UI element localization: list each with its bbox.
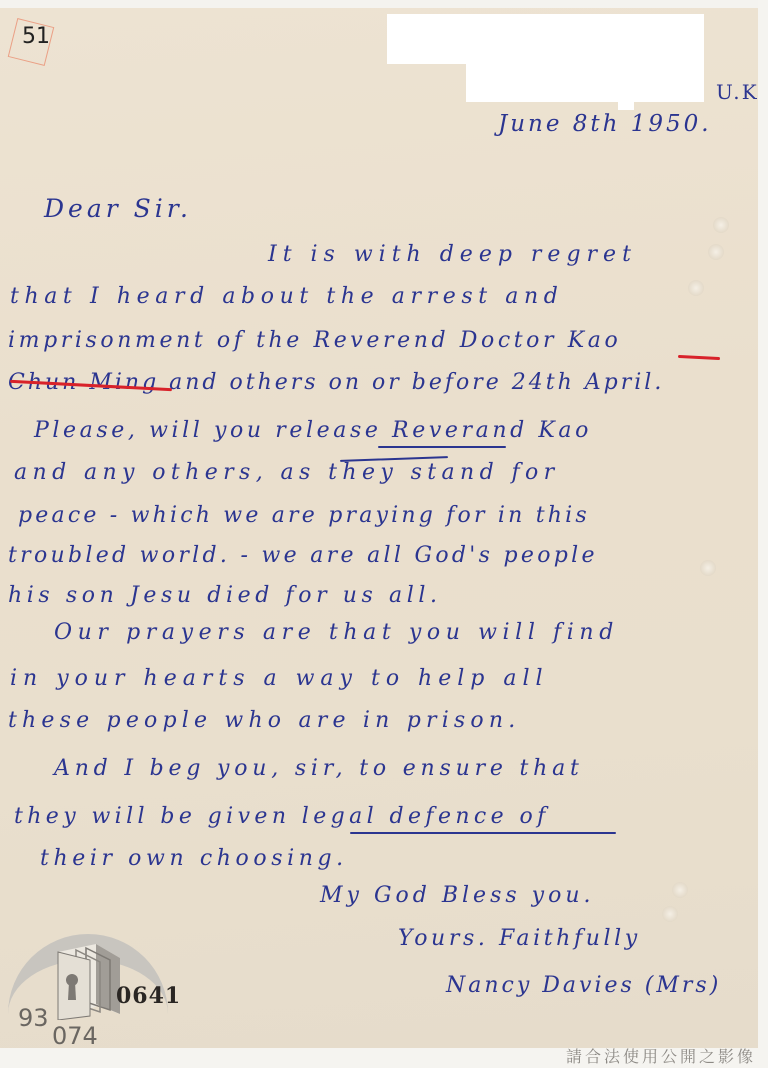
folio-number: 51 xyxy=(22,24,50,49)
body-line-4: Chun Ming and others on or before 24th A… xyxy=(8,372,664,394)
emboss-mark xyxy=(688,280,704,296)
archive-number: 0641 xyxy=(116,983,181,1009)
body-line-10: Our prayers are that you will find xyxy=(54,622,619,644)
body-line-9: his son Jesu died for us all. xyxy=(8,585,442,607)
body-line-6: and any others, as they stand for xyxy=(14,462,560,484)
body-line-2: that I heard about the arrest and xyxy=(10,286,563,308)
underline-release xyxy=(378,446,506,448)
body-line-15: their own choosing. xyxy=(40,848,348,870)
archive-book-keyhole-icon xyxy=(56,944,120,1020)
country-text: U.K xyxy=(716,82,759,102)
redacted-address-tab xyxy=(618,100,634,110)
redacted-address-block-lower xyxy=(466,60,704,102)
body-line-3: imprisonment of the Reverend Doctor Kao xyxy=(8,330,621,352)
pencil-note-1: 93 xyxy=(18,1004,49,1032)
body-line-13: And I beg you, sir, to ensure that xyxy=(54,758,584,780)
underline-legal-defence xyxy=(350,832,616,834)
emboss-mark xyxy=(713,217,729,233)
body-line-5: Please, will you release Reverand Kao xyxy=(34,420,592,442)
emboss-mark xyxy=(662,906,678,922)
emboss-mark xyxy=(708,244,724,260)
body-line-1: It is with deep regret xyxy=(268,244,637,266)
redacted-address-block xyxy=(387,14,704,64)
closing-blessing: My God Bless you. xyxy=(320,885,594,907)
body-line-14: they will be given legal defence of xyxy=(14,806,550,828)
usage-watermark: 請合法使用公開之影像 xyxy=(566,1044,756,1067)
emboss-mark xyxy=(672,882,688,898)
scan-margin-top xyxy=(0,0,768,8)
emboss-mark xyxy=(700,560,716,576)
date-text: June 8th 1950. xyxy=(498,113,712,136)
body-line-12: these people who are in prison. xyxy=(8,710,520,732)
salutation: Dear Sir. xyxy=(44,196,192,221)
signature: Nancy Davies (Mrs) xyxy=(446,975,721,997)
body-line-7: peace - which we are praying for in this xyxy=(18,505,590,527)
pencil-note-2: 074 xyxy=(52,1022,98,1050)
body-line-8: troubled world. - we are all God's peopl… xyxy=(8,545,598,567)
closing-valediction: Yours. Faithfully xyxy=(398,928,641,950)
body-line-11: in your hearts a way to help all xyxy=(10,668,549,690)
scan-margin-right xyxy=(758,0,768,1068)
